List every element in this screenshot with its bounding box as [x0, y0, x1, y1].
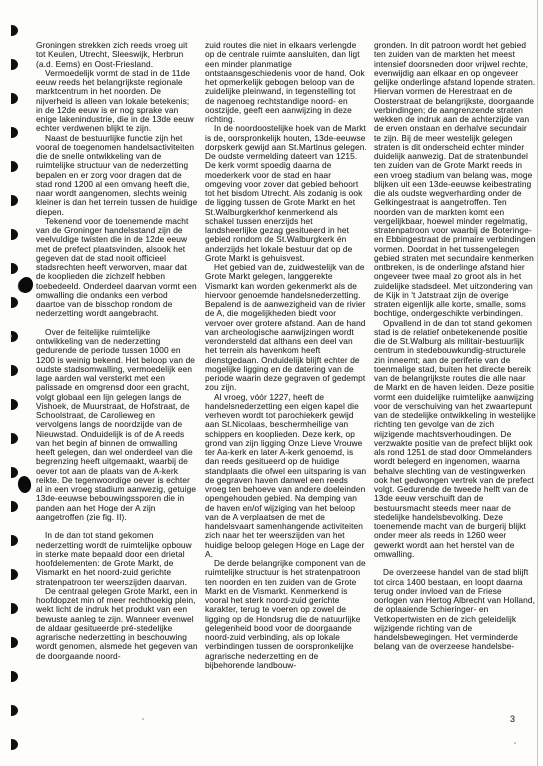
paragraph: De overzeese handel van de stad blijft t…	[374, 568, 536, 651]
paragraph: Groningen strekken zich reeds vroeg uit …	[36, 41, 198, 69]
binding-mark-icon	[11, 467, 18, 478]
text-columns: Groningen strekken zich reeds vroeg uit …	[36, 41, 535, 670]
binding-mark-icon	[11, 637, 18, 648]
binding-mark-icon	[11, 161, 18, 172]
paragraph: Naast de bestuurlijke functie zijn het v…	[36, 134, 198, 217]
paragraph: zuid routes die niet in elkaars verlengd…	[205, 41, 367, 124]
paragraph: De centraal gelegen Grote Markt, een in …	[36, 587, 198, 661]
paragraph: Over de feitelijke ruimtelijke ontwikkel…	[36, 328, 198, 522]
text-column-1: Groningen strekken zich reeds vroeg uit …	[36, 41, 198, 670]
scanned-document-page: Groningen strekken zich reeds vroeg uit …	[0, 0, 543, 766]
ink-blot-icon	[17, 276, 34, 295]
ink-blot-icon	[17, 475, 32, 494]
paragraph: Vermoedelijk vormt de stad in de 11de ee…	[36, 69, 198, 134]
scan-speck	[142, 718, 144, 720]
binding-mark-icon	[11, 671, 18, 682]
binding-mark-icon	[11, 705, 18, 716]
binding-mark-icon	[11, 501, 18, 512]
binding-mark-icon	[11, 25, 18, 36]
paragraph: Al vroeg, vóór 1227, heeft de handelsned…	[205, 393, 367, 560]
binding-mark-icon	[11, 331, 18, 342]
paragraph: Het gebied van de, zuidwestelijk van de …	[205, 263, 367, 393]
paragraph: Tekenend voor de toenemende macht van de…	[36, 217, 198, 319]
binding-mark-icon	[11, 569, 18, 580]
binding-mark-icon	[11, 739, 18, 750]
binding-mark-icon	[11, 59, 18, 70]
paragraph: In de dan tot stand gekomen nederzetting…	[36, 531, 198, 587]
text-column-3: gronden. In dit patroon wordt het gebied…	[374, 41, 536, 670]
scan-speck	[10, 335, 12, 337]
paragraph: In de noordoostelijke hoek van de Markt …	[205, 124, 367, 263]
binding-mark-icon	[11, 603, 18, 614]
text-column-2: zuid routes die niet in elkaars verlengd…	[205, 41, 367, 670]
binding-mark-icon	[11, 229, 18, 240]
paragraph: Opvallend in de dan tot stand gekomen st…	[374, 319, 536, 560]
binding-mark-icon	[11, 93, 18, 104]
page-edge-line	[537, 0, 538, 766]
paragraph: De derde belangrijke component van de ru…	[205, 559, 367, 670]
binding-mark-icon	[11, 535, 18, 546]
paragraph: gronden. In dit patroon wordt het gebied…	[374, 41, 536, 319]
binding-mark-icon	[11, 365, 18, 376]
binding-mark-icon	[11, 297, 18, 308]
page-number: 3	[501, 714, 515, 724]
binding-mark-icon	[11, 195, 18, 206]
binding-mark-icon	[11, 433, 18, 444]
binding-mark-icon	[11, 127, 18, 138]
scan-speck	[514, 742, 516, 744]
binding-mark-icon	[11, 399, 18, 410]
binding-mark-icon	[11, 263, 18, 274]
